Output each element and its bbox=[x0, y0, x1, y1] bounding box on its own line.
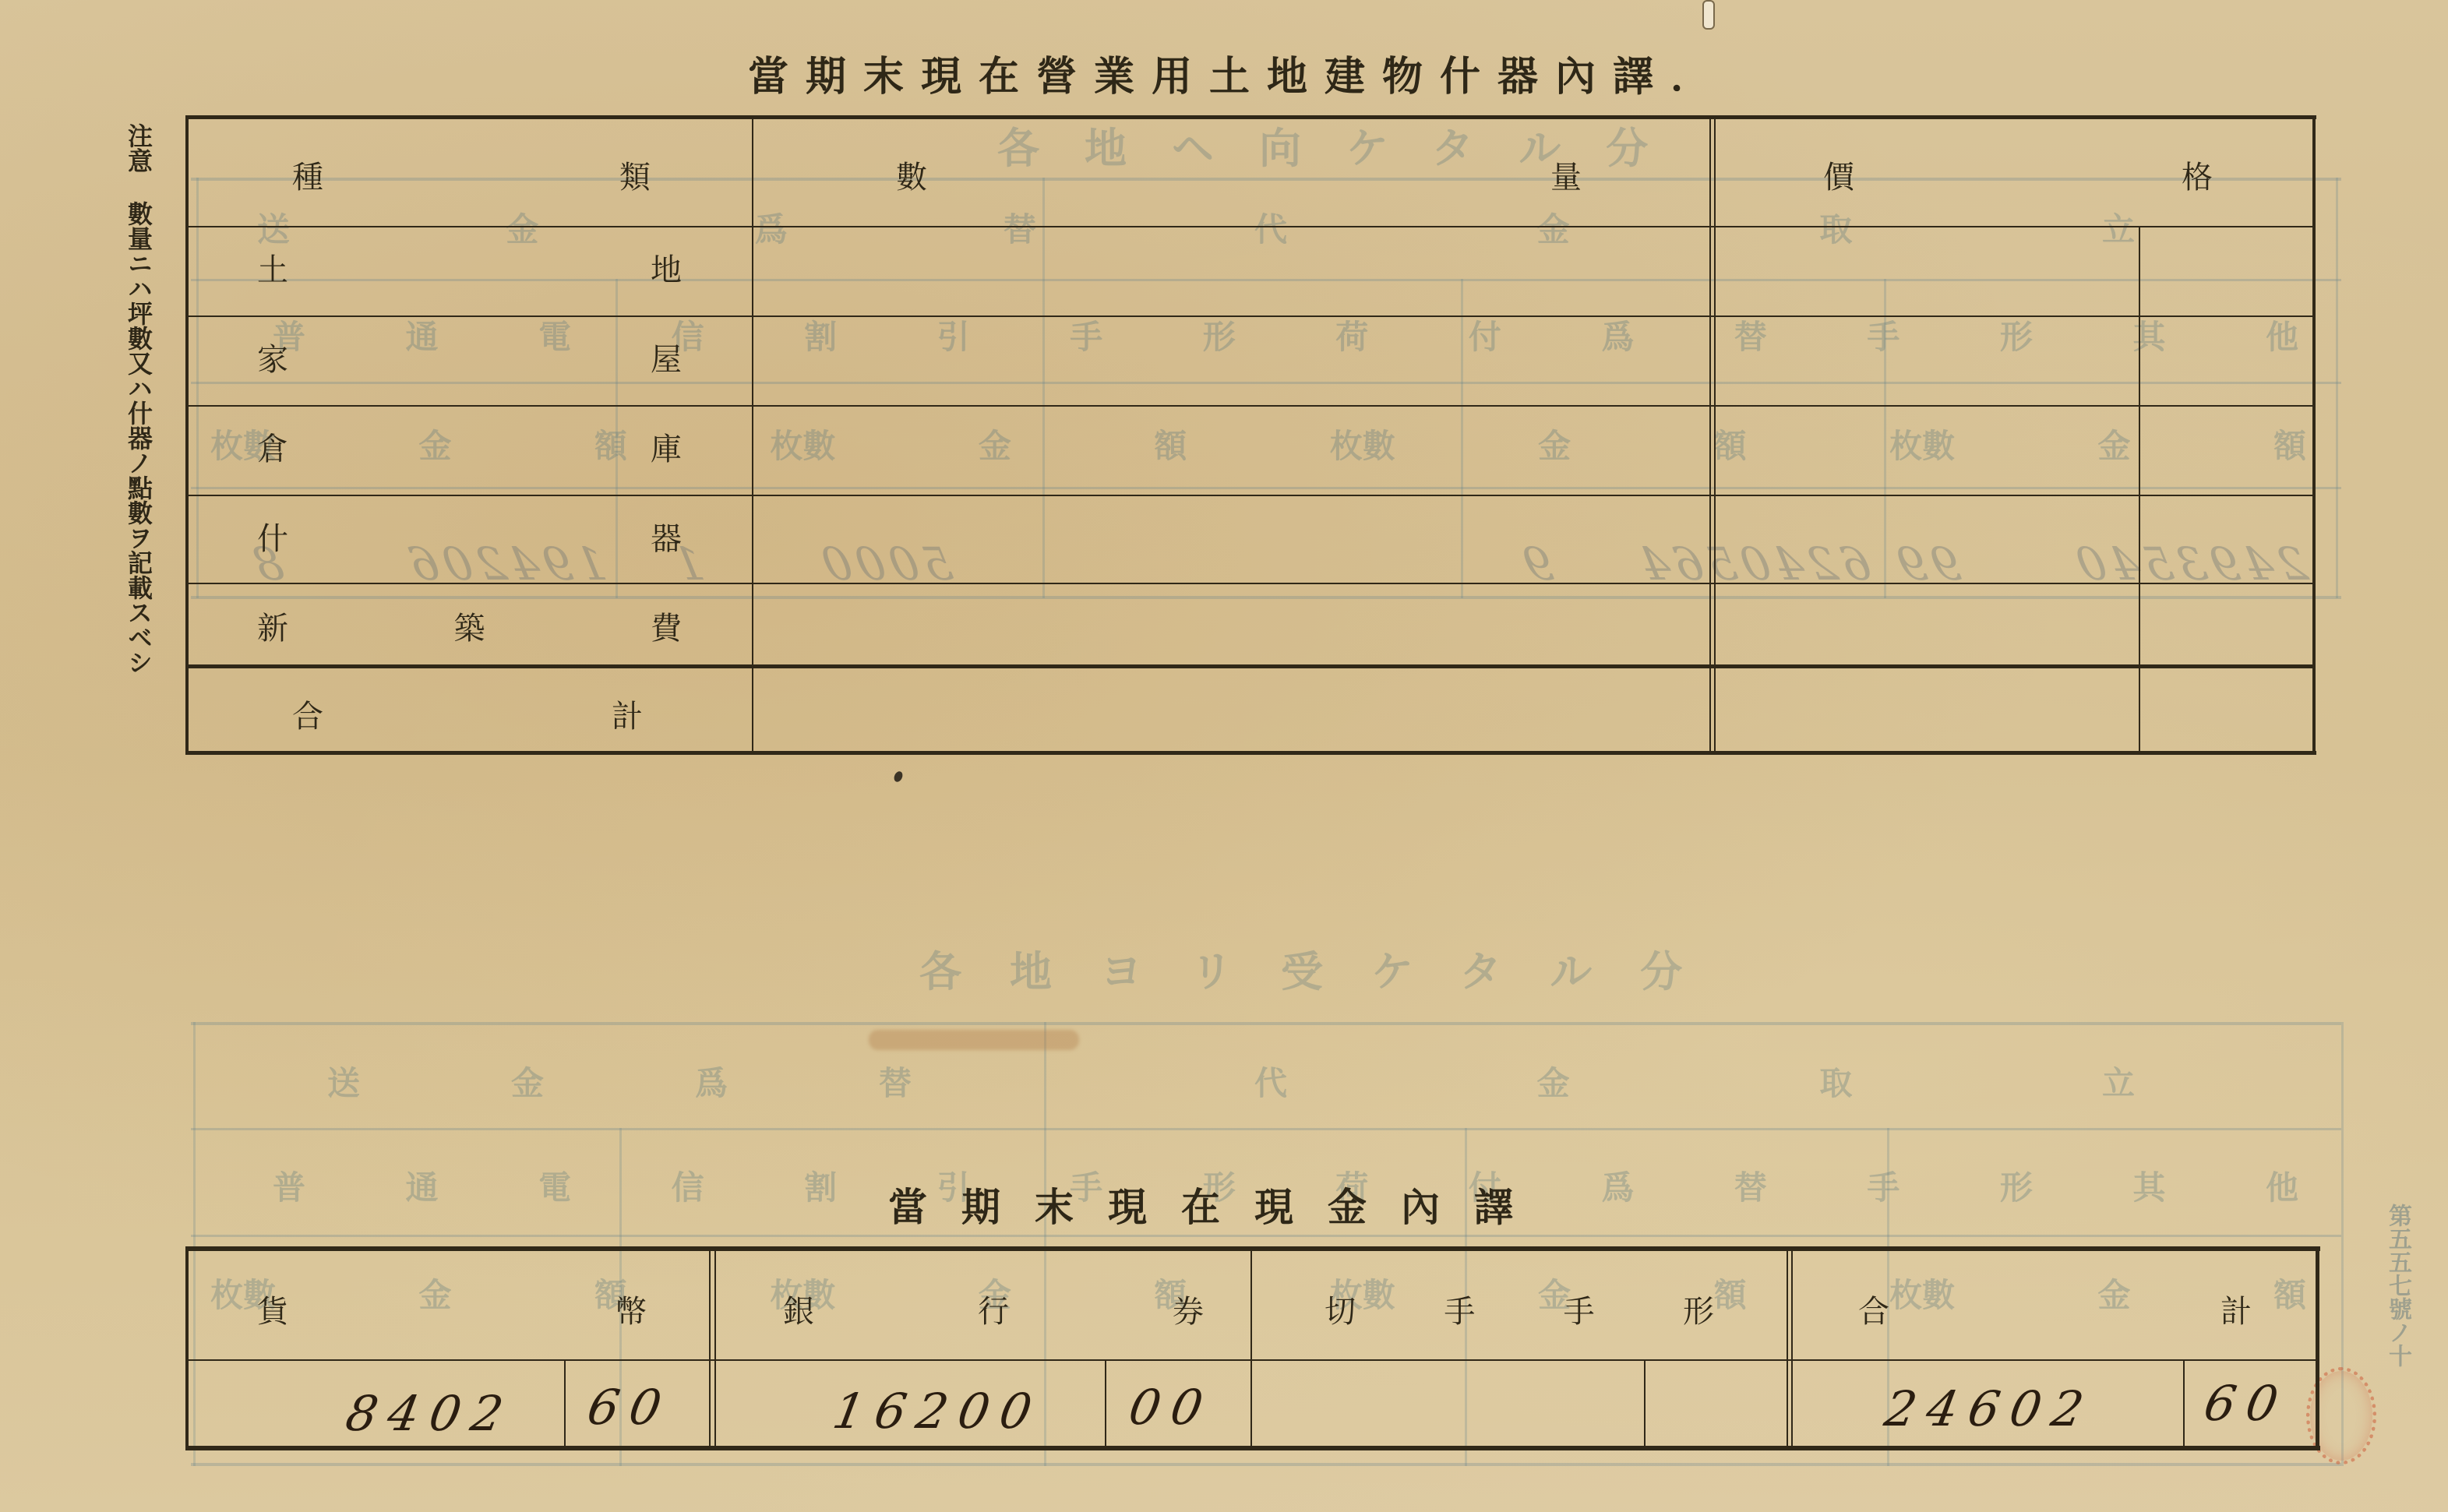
row-char: 合 bbox=[292, 692, 323, 736]
bleed-char: 割 bbox=[804, 312, 837, 358]
row-char: 家 bbox=[257, 335, 288, 379]
bleed-row1-right: 代 金 取 立 bbox=[1254, 204, 2135, 251]
bleed-char: 形 bbox=[1203, 312, 1236, 358]
bleed-char: 手 bbox=[1867, 312, 1899, 358]
row-char: 庫 bbox=[651, 425, 682, 469]
bleed-char: 金 bbox=[1538, 421, 1571, 467]
bleed-rule bbox=[191, 1128, 2341, 1130]
bleed-char: 取 bbox=[1819, 1058, 1852, 1105]
header-char: 種 bbox=[292, 153, 323, 197]
col-divider bbox=[709, 1251, 711, 1446]
table-border-bottom bbox=[185, 751, 2316, 755]
row-total: 合 計 bbox=[292, 692, 643, 736]
bleed-char: 手 bbox=[1867, 1162, 1899, 1209]
bleed-char: 金 bbox=[511, 1058, 544, 1105]
row-divider bbox=[189, 315, 2312, 317]
col-divider-quantity-double bbox=[1714, 117, 1716, 752]
banknotes-yen-value: 16200 bbox=[829, 1383, 1047, 1440]
bleed-row1-left: 送 金 爲 替 bbox=[257, 204, 1036, 251]
bleed-char: 手 bbox=[1070, 312, 1102, 358]
row-warehouse: 倉 庫 bbox=[257, 425, 682, 469]
header-quantity: 數 量 bbox=[896, 153, 1582, 197]
bleed-char: 立 bbox=[2102, 1058, 2135, 1105]
bleed-char: 替 bbox=[1004, 204, 1036, 251]
bleed-char: 引 bbox=[937, 312, 970, 358]
bleed-char: 信 bbox=[672, 1162, 704, 1209]
row-char: 新 bbox=[257, 604, 288, 648]
page-title-suffix: ． bbox=[1670, 53, 1728, 100]
bleed-char: 金 bbox=[1537, 204, 1570, 251]
bleed-char: 替 bbox=[1734, 1162, 1767, 1209]
header-coins: 貨 幣 bbox=[257, 1287, 647, 1331]
col-divider-kind bbox=[752, 117, 753, 752]
row-land: 土 地 bbox=[257, 245, 682, 290]
paper-clip-mark bbox=[1702, 0, 1715, 30]
header-total: 合 計 bbox=[1858, 1287, 2252, 1331]
bleed-row1-left: 送 金 爲 替 bbox=[327, 1058, 912, 1105]
bleed-char: 代 bbox=[1254, 1058, 1287, 1105]
header-char: 銀 bbox=[783, 1287, 814, 1331]
bleed-char: 他 bbox=[2266, 1162, 2298, 1209]
header-char: 手 bbox=[1444, 1287, 1475, 1331]
page-title-text: 當期末現在營業用土地建物什器內譯 bbox=[748, 53, 1670, 100]
bleed-char: 額 bbox=[2273, 1270, 2306, 1316]
bleed-char: 送 bbox=[257, 204, 290, 251]
bleed-char: 爲 bbox=[1601, 1162, 1634, 1209]
bleed-char: 送 bbox=[327, 1058, 360, 1105]
bleed-char: 爲 bbox=[1601, 312, 1634, 358]
header-banknotes: 銀 行 券 bbox=[783, 1287, 1204, 1331]
bleed-char: 爲 bbox=[755, 204, 788, 251]
bleed-char: 額 bbox=[1154, 421, 1187, 467]
side-note: 注意數量ニハ坪數又ハ什器ノ點數ヲ記載スベシ bbox=[123, 123, 154, 675]
bleed-char: 枚數 bbox=[770, 421, 835, 467]
header-char: 類 bbox=[619, 153, 651, 197]
row-divider bbox=[189, 226, 2312, 227]
bleed-char: 枚數 bbox=[1889, 421, 1955, 467]
header-stamps-drafts: 切 手 手 形 bbox=[1325, 1287, 1714, 1331]
row-char: 什 bbox=[257, 514, 288, 559]
bleed-rule bbox=[1044, 1022, 1046, 1466]
bleed-char: 額 bbox=[1714, 421, 1747, 467]
bleed-rule bbox=[191, 1235, 2341, 1237]
sen-divider bbox=[2183, 1361, 2185, 1446]
side-note-text: 數量ニハ坪數又ハ什器ノ點數ヲ記載スベシ bbox=[124, 201, 153, 675]
margin-form-number: 第五五七號ノ十 bbox=[2380, 1204, 2414, 1367]
row-char: 地 bbox=[651, 245, 682, 290]
banknotes-sen-value: 00 bbox=[1125, 1379, 1219, 1436]
col-divider bbox=[1787, 1251, 1788, 1446]
table-border-right bbox=[2316, 1246, 2319, 1450]
bleed-char: 額 bbox=[2273, 421, 2306, 467]
header-price: 價 格 bbox=[1823, 153, 2213, 197]
bleed-char: 立 bbox=[2102, 204, 2135, 251]
row-char: 計 bbox=[612, 692, 643, 736]
header-char: 格 bbox=[2182, 153, 2213, 197]
row-char: 費 bbox=[651, 604, 682, 648]
col-divider-quantity bbox=[1709, 117, 1711, 752]
bleed-char: 代 bbox=[1254, 204, 1287, 251]
table-border-left bbox=[185, 1246, 189, 1450]
bleed-rule bbox=[2336, 178, 2338, 598]
col-divider-double bbox=[1791, 1251, 1793, 1446]
row-buildings: 家 屋 bbox=[257, 335, 682, 379]
bleed-rule bbox=[193, 1022, 196, 1466]
total-sen-value: 60 bbox=[2200, 1375, 2294, 1432]
row-new-construction: 新 築 費 bbox=[257, 604, 682, 648]
cash-section-title: 當期末現在現金內譯 bbox=[888, 1176, 1547, 1232]
bleed-char: 付 bbox=[1469, 312, 1501, 358]
header-char: 數 bbox=[896, 153, 927, 197]
total-row-divider bbox=[189, 664, 2312, 668]
sen-divider bbox=[564, 1361, 566, 1446]
row-char: 築 bbox=[454, 604, 485, 648]
bleed-mid-title: 各地ヨリ受ケタル分 bbox=[919, 939, 1730, 999]
row-divider bbox=[189, 583, 2312, 584]
header-char: 幣 bbox=[616, 1287, 647, 1331]
bleed-char: 金 bbox=[506, 204, 538, 251]
header-char: 計 bbox=[2220, 1287, 2252, 1331]
header-char: 切 bbox=[1325, 1287, 1356, 1331]
bleed-rule bbox=[191, 382, 2341, 384]
row-divider bbox=[189, 495, 2312, 496]
sen-divider bbox=[1105, 1361, 1106, 1446]
bleed-char: 形 bbox=[2000, 1162, 2033, 1209]
row-char: 器 bbox=[651, 514, 682, 559]
header-char: 形 bbox=[1683, 1287, 1714, 1331]
header-char: 合 bbox=[1858, 1287, 1889, 1331]
bleed-rule bbox=[191, 596, 2341, 599]
row-fixtures: 什 器 bbox=[257, 514, 682, 559]
table-border-left bbox=[185, 115, 189, 755]
header-char: 行 bbox=[978, 1287, 1009, 1331]
bleed-char: 電 bbox=[538, 1162, 571, 1209]
bleed-char: 金 bbox=[1537, 1058, 1570, 1105]
side-note-heading: 注意 bbox=[124, 123, 153, 173]
sen-divider bbox=[1644, 1361, 1646, 1446]
bleed-char: 通 bbox=[406, 1162, 439, 1209]
bleed-char: 取 bbox=[1819, 204, 1852, 251]
col-divider bbox=[1250, 1251, 1252, 1446]
row-char: 土 bbox=[257, 245, 288, 290]
ink-dot bbox=[893, 770, 905, 784]
col-divider-double bbox=[714, 1251, 716, 1446]
bleed-char: 金 bbox=[979, 421, 1011, 467]
row-char: 倉 bbox=[257, 425, 288, 469]
page-title: 當期末現在營業用土地建物什器內譯． bbox=[748, 44, 1728, 102]
bleed-char: 其 bbox=[2132, 1162, 2165, 1209]
bleed-char: 普 bbox=[273, 1162, 305, 1209]
bleed-rule bbox=[191, 1022, 2341, 1025]
col-divider-price-sen bbox=[2139, 226, 2140, 752]
bleed-rule bbox=[196, 178, 199, 598]
header-char: 價 bbox=[1823, 153, 1854, 197]
bleed-char: 其 bbox=[2132, 312, 2165, 358]
bleed-rule bbox=[191, 487, 2341, 489]
table-border-right bbox=[2312, 115, 2316, 755]
total-yen-value: 24602 bbox=[1881, 1380, 2099, 1437]
bleed-char: 爲 bbox=[695, 1058, 728, 1105]
table-border-top bbox=[185, 1246, 2320, 1251]
paper-stain bbox=[869, 1030, 1079, 1050]
bleed-char: 割 bbox=[804, 1162, 837, 1209]
header-char: 手 bbox=[1564, 1287, 1595, 1331]
coins-yen-value: 8402 bbox=[342, 1385, 519, 1442]
bleed-char: 他 bbox=[2266, 312, 2298, 358]
header-divider bbox=[189, 1359, 2317, 1361]
header-char: 券 bbox=[1173, 1287, 1204, 1331]
bleed-char: 荷 bbox=[1335, 312, 1368, 358]
header-kind: 種 類 bbox=[292, 153, 651, 197]
header-char: 量 bbox=[1550, 153, 1582, 197]
bleed-row1-right: 代 金 取 立 bbox=[1254, 1058, 2135, 1105]
bleed-char: 額 bbox=[1714, 1270, 1747, 1316]
table-border-top bbox=[185, 115, 2316, 119]
row-divider bbox=[189, 405, 2312, 407]
bleed-rule bbox=[191, 1463, 2341, 1466]
table-border-bottom bbox=[185, 1446, 2320, 1450]
bleed-char: 替 bbox=[879, 1058, 912, 1105]
row-char: 屋 bbox=[651, 335, 682, 379]
bleed-char: 枚數 bbox=[1330, 421, 1395, 467]
coins-sen-value: 60 bbox=[584, 1379, 677, 1436]
bleed-char: 形 bbox=[2000, 312, 2033, 358]
bleed-rule bbox=[1042, 178, 1045, 598]
bleed-char: 金 bbox=[2098, 421, 2131, 467]
bleed-char: 替 bbox=[1734, 312, 1767, 358]
header-char: 貨 bbox=[257, 1287, 288, 1331]
